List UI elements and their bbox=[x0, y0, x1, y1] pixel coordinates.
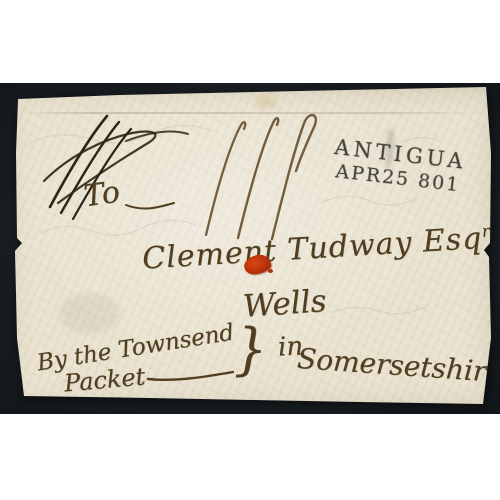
packet-dash bbox=[148, 372, 233, 380]
address-brace: } bbox=[234, 318, 267, 383]
address-county: Somersetshire bbox=[296, 342, 500, 389]
endorsement-line2: Packet bbox=[63, 363, 146, 398]
paper-stain bbox=[255, 95, 277, 109]
photo-background: ANTIGUA APR25 801 To Clement Tudway Esqr… bbox=[0, 83, 500, 414]
recipient-name: Clement Tudway Esq bbox=[141, 221, 483, 277]
listing-page: ANTIGUA APR25 801 To Clement Tudway Esqr… bbox=[0, 0, 500, 500]
address-recipient: Clement Tudway Esqr bbox=[141, 220, 492, 276]
manuscript-rate-marking bbox=[206, 115, 316, 239]
paper-stain bbox=[60, 293, 120, 333]
to-flourish bbox=[126, 203, 174, 209]
recipient-superscript: r bbox=[481, 221, 491, 241]
fold-crease bbox=[20, 112, 482, 114]
letter-paper-shadow: ANTIGUA APR25 801 To Clement Tudway Esqr… bbox=[0, 83, 500, 414]
antigua-postmark: ANTIGUA APR25 801 bbox=[331, 135, 468, 197]
letter-paper: ANTIGUA APR25 801 To Clement Tudway Esqr… bbox=[0, 83, 500, 414]
address-to-label: To bbox=[82, 175, 122, 215]
red-wax-dot bbox=[268, 269, 273, 273]
